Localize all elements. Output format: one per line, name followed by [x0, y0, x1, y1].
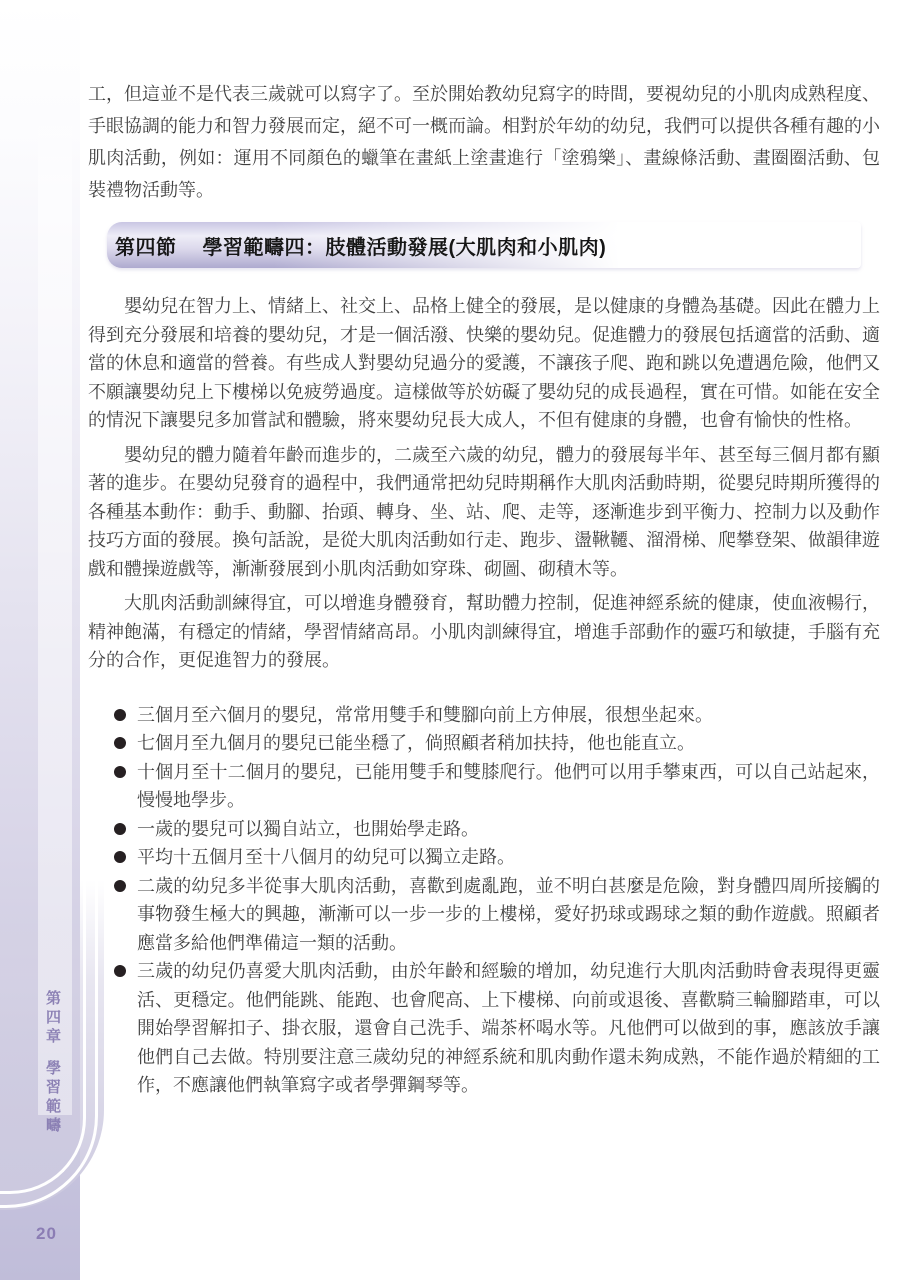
- bullet-icon: [114, 766, 126, 778]
- list-item-text: 七個月至九個月的嬰兒已能坐穩了，倘照顧者稍加扶持，他也能直立。: [137, 729, 880, 758]
- intro-paragraph: 工，但這並不是代表三歲就可以寫字了。至於開始教幼兒寫字的時間，要視幼兒的小肌肉成…: [88, 0, 880, 206]
- bullet-icon: [114, 709, 126, 721]
- list-item: 二歲的幼兒多半從事大肌肉活動，喜歡到處亂跑，並不明白甚麼是危險，對身體四周所接觸…: [114, 872, 880, 958]
- list-item-text: 二歲的幼兒多半從事大肌肉活動，喜歡到處亂跑，並不明白甚麼是危險，對身體四周所接觸…: [137, 872, 880, 958]
- list-item-text: 一歲的嬰兒可以獨自站立，也開始學走路。: [137, 815, 880, 844]
- section-number: 第四節: [115, 231, 177, 260]
- bullet-icon: [114, 737, 126, 749]
- list-item: 十個月至十二個月的嬰兒，已能用雙手和雙膝爬行。他們可以用手攀東西，可以自己站起來…: [114, 758, 880, 815]
- body-paragraph: 嬰幼兒的體力隨着年齡而進步的，二歲至六歲的幼兒，體力的發展每半年、甚至每三個月都…: [88, 441, 880, 584]
- list-item: 平均十五個月至十八個月的幼兒可以獨立走路。: [114, 843, 880, 872]
- bullet-icon: [114, 880, 126, 892]
- chapter-section-label: 學習範疇: [42, 1060, 63, 1136]
- body-paragraph: 嬰幼兒在智力上、情緒上、社交上、品格上健全的發展，是以健康的身體為基礎。因此在體…: [88, 292, 880, 435]
- list-item-text: 十個月至十二個月的嬰兒，已能用雙手和雙膝爬行。他們可以用手攀東西，可以自己站起來…: [137, 758, 880, 815]
- bullet-icon: [114, 823, 126, 835]
- bullet-icon: [114, 965, 126, 977]
- section-heading: 第四節 學習範疇四：肢體活動發展(大肌肉和小肌肉): [107, 222, 861, 268]
- list-item: 七個月至九個月的嬰兒已能坐穩了，倘照顧者稍加扶持，他也能直立。: [114, 729, 880, 758]
- section-heading-bar: 第四節 學習範疇四：肢體活動發展(大肌肉和小肌肉): [107, 222, 861, 268]
- milestone-list: 三個月至六個月的嬰兒，常常用雙手和雙腳向前上方伸展，很想坐起來。 七個月至九個月…: [114, 701, 880, 1100]
- page-number: 20: [36, 1224, 57, 1244]
- chapter-label: 第四章: [42, 990, 63, 1047]
- list-item: 三個月至六個月的嬰兒，常常用雙手和雙腳向前上方伸展，很想坐起來。: [114, 701, 880, 730]
- chapter-tab: 第四章 學習範疇: [42, 990, 63, 1136]
- list-item-text: 三個月至六個月的嬰兒，常常用雙手和雙腳向前上方伸展，很想坐起來。: [137, 701, 880, 730]
- section-title: 學習範疇四：肢體活動發展(大肌肉和小肌肉): [203, 231, 607, 260]
- list-item-text: 平均十五個月至十八個月的幼兒可以獨立走路。: [137, 843, 880, 872]
- bullet-icon: [114, 851, 126, 863]
- body-paragraph: 大肌肉活動訓練得宜，可以增進身體發育，幫助體力控制，促進神經系統的健康，使血液暢…: [88, 589, 880, 675]
- list-item: 三歲的幼兒仍喜愛大肌肉活動，由於年齡和經驗的增加，幼兒進行大肌肉活動時會表現得更…: [114, 957, 880, 1100]
- page-content: 工，但這並不是代表三歲就可以寫字了。至於開始教幼兒寫字的時間，要視幼兒的小肌肉成…: [88, 0, 880, 1100]
- list-item-text: 三歲的幼兒仍喜愛大肌肉活動，由於年齡和經驗的增加，幼兒進行大肌肉活動時會表現得更…: [137, 957, 880, 1100]
- list-item: 一歲的嬰兒可以獨自站立，也開始學走路。: [114, 815, 880, 844]
